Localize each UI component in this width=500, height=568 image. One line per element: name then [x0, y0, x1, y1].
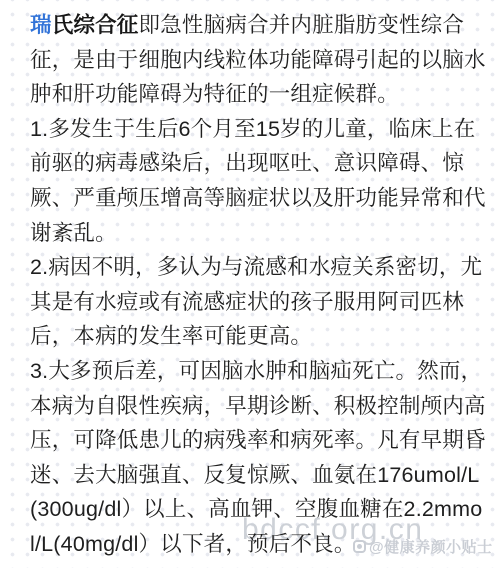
text-segment: 其是有水痘或有流感症状的孩子服用阿司匹林 — [30, 290, 464, 314]
text-line: 厥、严重颅压增高等脑症状以及肝功能异常和代 — [30, 181, 486, 216]
text-line: 2.病因不明，多认为与流感和水痘关系密切，尤 — [30, 250, 486, 285]
text-line: 肿和肝功能障碍为特征的一组症候群。 — [30, 77, 486, 112]
text-line: 谢紊乱。 — [30, 216, 486, 251]
text-line: 前驱的病毒感染后，出现呕吐、意识障碍、惊 — [30, 146, 486, 181]
text-segment: 迷、去大脑强直、反复惊厥、血氨在176umol/L — [30, 463, 479, 487]
text-line: 本病为自限性疾病，早期诊断、积极控制颅内高 — [30, 389, 486, 424]
text-line: 征，是由于细胞内线粒体功能障碍引起的以脑水 — [30, 43, 486, 78]
term-segment-bold: 氏综合征 — [52, 13, 139, 37]
post-image: bdccf.org.cn @健康养颜小贴士 瑞氏综合征即急性脑病合并内脏脂肪变性… — [0, 0, 500, 568]
text-segment: 1.多发生于生后6个月至15岁的儿童，临床上在 — [30, 117, 475, 141]
text-segment: 肿和肝功能障碍为特征的一组症候群。 — [30, 82, 399, 106]
text-segment: 谢紊乱。 — [30, 221, 117, 245]
text-line: l/L(40mg/dl）以下者，预后不良。 — [30, 527, 486, 562]
text-line: (300ug/dl）以上、高血钾、空腹血糖在2.2mmo — [30, 492, 486, 527]
text-segment: 本病为自限性疾病，早期诊断、积极控制颅内高 — [30, 394, 486, 418]
text-segment: 前驱的病毒感染后，出现呕吐、意识障碍、惊 — [30, 151, 464, 175]
text-line: 3.大多预后差，可因脑水肿和脑疝死亡。然而， — [30, 354, 486, 389]
text-segment: l/L(40mg/dl）以下者，预后不良。 — [30, 532, 356, 556]
text-line: 其是有水痘或有流感症状的孩子服用阿司匹林 — [30, 285, 486, 320]
text-segment: 3.大多预后差，可因脑水肿和脑疝死亡。然而， — [30, 359, 482, 383]
text-segment: 征，是由于细胞内线粒体功能障碍引起的以脑水 — [30, 48, 486, 72]
text-segment: 后，本病的发生率可能更高。 — [30, 324, 312, 348]
article-text: 瑞氏综合征即急性脑病合并内脏脂肪变性综合征，是由于细胞内线粒体功能障碍引起的以脑… — [30, 8, 486, 562]
text-segment: 厥、严重颅压增高等脑症状以及肝功能异常和代 — [30, 186, 486, 210]
text-segment: 压，可降低患儿的病残率和病死率。凡有早期昏 — [30, 428, 486, 452]
text-line: 1.多发生于生后6个月至15岁的儿童，临床上在 — [30, 112, 486, 147]
text-segment: (300ug/dl）以上、高血钾、空腹血糖在2.2mmo — [30, 497, 482, 521]
text-line: 后，本病的发生率可能更高。 — [30, 319, 486, 354]
text-line: 压，可降低患儿的病残率和病死率。凡有早期昏 — [30, 423, 486, 458]
text-line: 瑞氏综合征即急性脑病合并内脏脂肪变性综合 — [30, 8, 486, 43]
term-segment-blue: 瑞 — [30, 13, 52, 37]
text-segment: 即急性脑病合并内脏脂肪变性综合 — [139, 13, 465, 37]
text-line: 迷、去大脑强直、反复惊厥、血氨在176umol/L — [30, 458, 486, 493]
text-segment: 2.病因不明，多认为与流感和水痘关系密切，尤 — [30, 255, 482, 279]
